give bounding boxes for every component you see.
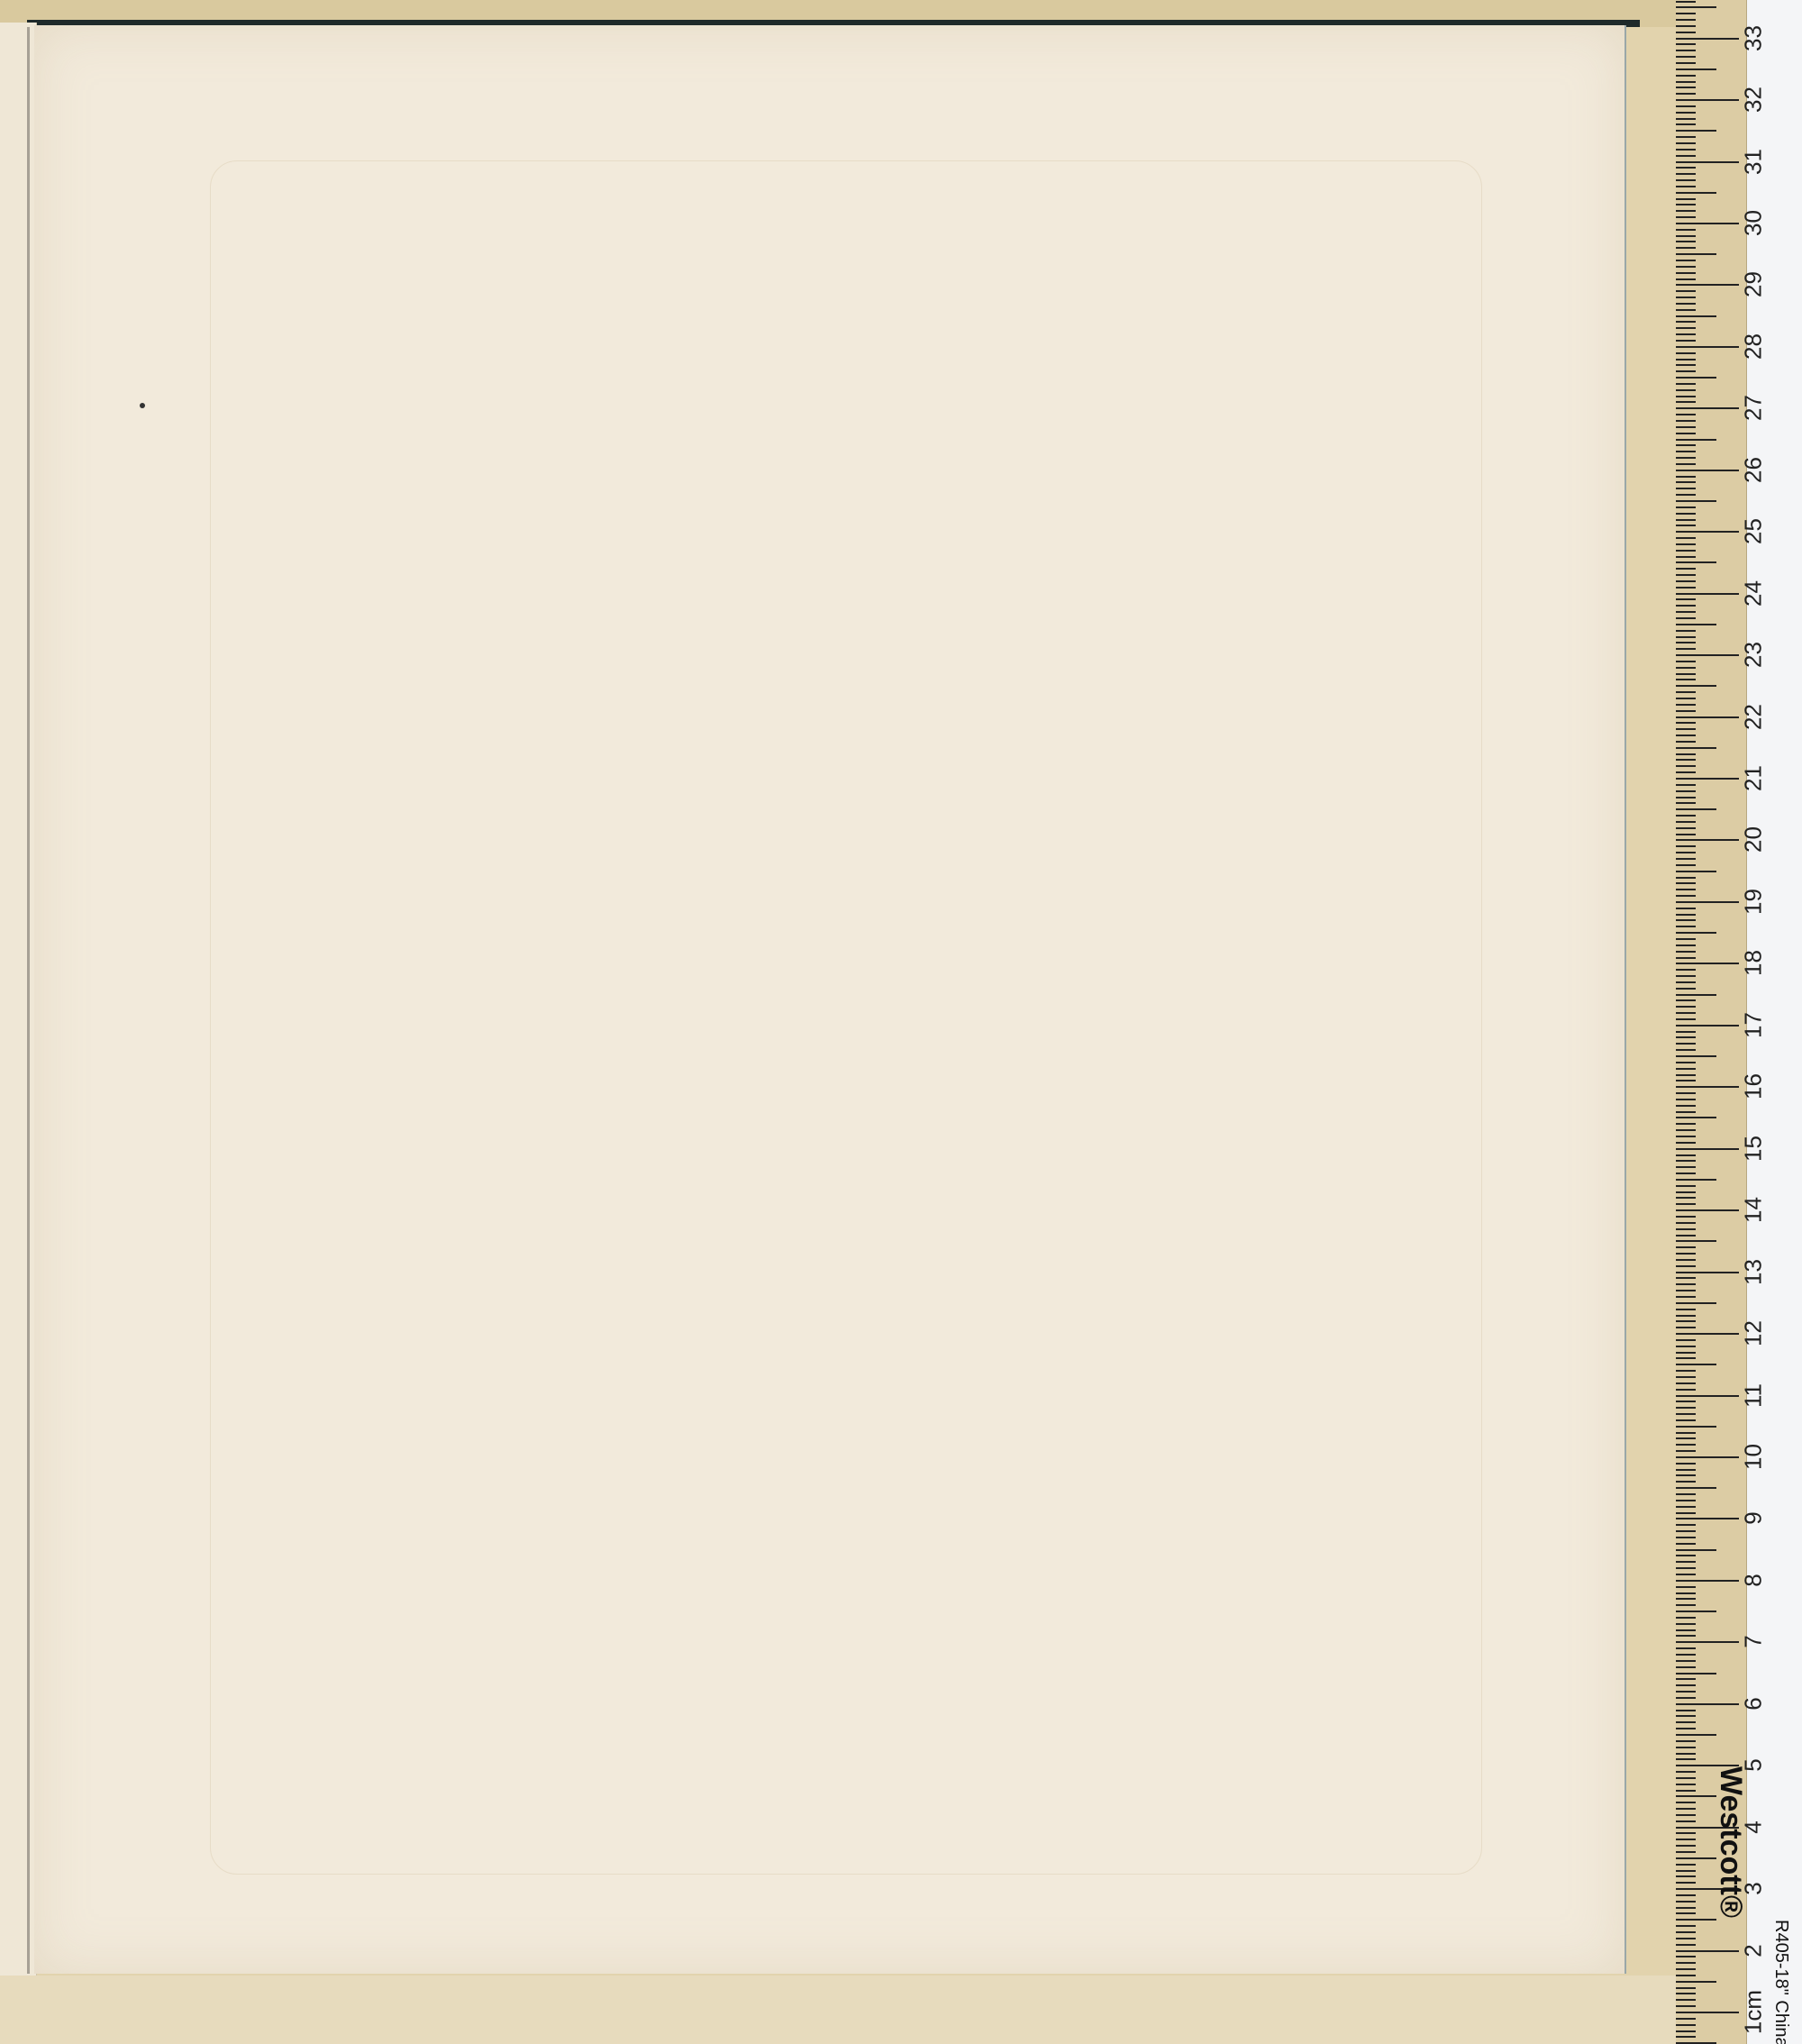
ruler-tick (1676, 556, 1696, 558)
ruler-tick (1676, 1235, 1696, 1236)
ruler-tick (1676, 463, 1696, 465)
ruler-tick (1676, 1253, 1696, 1255)
ruler-tick (1676, 1339, 1696, 1341)
ruler-tick (1676, 1283, 1696, 1285)
ruler-tick (1676, 1179, 1716, 1181)
ruler-tick (1676, 1981, 1716, 1983)
ruler-tick (1676, 815, 1696, 817)
ruler-tick (1676, 1870, 1696, 1872)
ruler-tick (1676, 1968, 1696, 1970)
ruler-tick (1676, 1272, 1739, 1273)
ruler-tick (1676, 1537, 1696, 1538)
ruler-tick (1676, 346, 1739, 348)
scan-background-bottom (0, 1976, 1676, 2044)
ruler-tick (1676, 173, 1696, 175)
ruler-brand: Westcott® (1713, 1766, 1748, 1918)
ruler-tick (1676, 981, 1696, 983)
ruler-tick (1676, 1574, 1696, 1575)
ruler-tick (1676, 68, 1716, 70)
ruler-tick (1676, 414, 1696, 415)
ruler-tick (1676, 1209, 1739, 1211)
ruler-tick (1676, 673, 1696, 675)
ruler: 1cm2345678910111213141516171819202122232… (1676, 0, 1802, 2044)
ruler-tick (1676, 550, 1696, 552)
ruler-tick (1676, 186, 1696, 187)
ruler-tick (1676, 1777, 1696, 1779)
ruler-tick (1676, 587, 1696, 589)
ruler-tick (1676, 1413, 1696, 1415)
ruler-tick (1676, 1993, 1696, 1994)
ruler-tick (1676, 260, 1696, 261)
ruler-label: 13 (1740, 1245, 1768, 1299)
ruler-tick (1676, 25, 1696, 27)
ruler-tick (1676, 1851, 1696, 1853)
ruler-tick (1676, 561, 1716, 563)
ruler-tick (1676, 1025, 1739, 1027)
ruler-tick (1676, 845, 1696, 847)
ruler-tick (1676, 1931, 1696, 1933)
ruler-tick (1676, 513, 1696, 515)
ruler-tick (1676, 93, 1696, 95)
ruler-label: 9 (1740, 1492, 1768, 1546)
ruler-tick (1676, 38, 1739, 40)
ruler-tick (1676, 568, 1696, 570)
ruler-tick (1676, 315, 1716, 317)
ruler-tick (1676, 1530, 1696, 1532)
ruler-tick (1676, 229, 1696, 231)
ruler-tick (1676, 1086, 1739, 1088)
ruler-tick (1676, 494, 1696, 496)
ruler-tick (1676, 81, 1696, 83)
ruler-tick (1676, 1463, 1696, 1465)
ruler-tick (1676, 1641, 1739, 1643)
ruler-label: 8 (1740, 1553, 1768, 1607)
ruler-tick (1676, 654, 1739, 656)
ruler-tick (1676, 1580, 1739, 1582)
ruler-tick (1676, 1, 1696, 3)
ruler-tick (1676, 359, 1696, 360)
ruler-tick (1676, 914, 1696, 916)
ruler-tick (1676, 112, 1696, 114)
ruler-tick (1676, 1703, 1739, 1705)
ruler-scale (1676, 0, 1747, 2044)
ruler-tick (1676, 919, 1696, 921)
ruler-label: 16 (1740, 1060, 1768, 1114)
ruler-tick (1676, 1795, 1716, 1797)
ruler-tick (1676, 1389, 1696, 1391)
ruler-tick (1676, 297, 1696, 298)
ruler-tick (1676, 470, 1739, 471)
ruler-tick (1676, 1031, 1696, 1033)
ruler-tick (1676, 426, 1696, 428)
ruler-tick (1676, 43, 1696, 45)
ruler-tick (1676, 198, 1696, 200)
ruler-tick (1676, 1654, 1696, 1656)
ruler-tick (1676, 500, 1716, 502)
ruler-tick (1676, 506, 1696, 508)
ruler-tick (1676, 444, 1696, 446)
ruler-tick (1676, 790, 1696, 792)
ruler-tick (1676, 1925, 1696, 1927)
ruler-tick (1676, 1912, 1696, 1914)
ruler-tick (1676, 1474, 1696, 1476)
ruler-tick (1676, 321, 1696, 323)
ruler-tick (1676, 1790, 1696, 1792)
ruler-tick (1676, 1623, 1696, 1625)
ruler-tick (1676, 352, 1696, 354)
ruler-tick (1676, 531, 1739, 533)
ruler-tick (1676, 1715, 1696, 1717)
ruler-tick (1676, 704, 1696, 706)
ruler-tick (1676, 1549, 1716, 1551)
ruler-tick (1676, 926, 1696, 927)
ruler-tick (1676, 50, 1696, 51)
ruler-tick (1676, 142, 1696, 144)
ruler-tick (1676, 327, 1696, 329)
offset-ghost-plate (210, 160, 1482, 1875)
ruler-tick (1676, 598, 1696, 600)
ruler-tick (1676, 167, 1696, 169)
ruler-label: 19 (1740, 874, 1768, 928)
ruler-tick (1676, 1036, 1696, 1038)
ruler-tick (1676, 1185, 1696, 1187)
ruler-tick (1676, 149, 1696, 151)
ruler-tick (1676, 691, 1696, 693)
ruler-tick (1676, 1432, 1696, 1434)
ruler-tick (1676, 808, 1716, 810)
ruler-tick (1676, 333, 1696, 335)
ruler-tick (1676, 1987, 1696, 1989)
ruler-tick (1676, 1617, 1696, 1619)
ruler-tick (1676, 1647, 1696, 1649)
ruler-tick (1676, 1740, 1696, 1742)
ruler-tick (1676, 1129, 1696, 1131)
ruler-tick (1676, 179, 1696, 181)
ruler-tick (1676, 864, 1696, 866)
ruler-tick (1676, 340, 1696, 342)
ruler-tick (1676, 1395, 1739, 1397)
ruler-tick (1676, 537, 1696, 539)
ruler-tick (1676, 1055, 1716, 1057)
ruler-tick (1676, 679, 1696, 680)
ruler-tick (1676, 1635, 1696, 1637)
ruler-tick (1676, 574, 1696, 576)
ruler-tick (1676, 1049, 1696, 1051)
ruler-tick (1676, 617, 1696, 619)
ruler-tick (1676, 1710, 1696, 1711)
ruler-tick (1676, 1043, 1696, 1045)
ruler-tick (1676, 1154, 1696, 1156)
ruler-tick (1676, 451, 1696, 452)
ruler-tick (1676, 123, 1696, 125)
ruler-tick (1676, 1265, 1696, 1267)
ruler-tick (1676, 1290, 1696, 1291)
ruler-tick (1676, 1277, 1696, 1279)
ruler-tick (1676, 901, 1739, 903)
ruler-tick (1676, 1173, 1696, 1174)
ruler-tick (1676, 420, 1696, 422)
ruler-tick (1676, 710, 1696, 712)
ruler-label: 22 (1740, 689, 1768, 744)
ruler-tick (1676, 1450, 1696, 1452)
ruler-tick (1676, 1518, 1739, 1519)
ruler-label: 25 (1740, 505, 1768, 559)
ruler-tick (1676, 1407, 1696, 1409)
ruler-tick (1676, 1938, 1696, 1939)
ruler-tick (1676, 377, 1716, 379)
ruler-tick (1676, 1481, 1696, 1483)
ruler-tick (1676, 266, 1696, 268)
ruler-tick (1676, 747, 1716, 749)
ruler-tick (1676, 1808, 1696, 1810)
ruler-tick (1676, 1944, 1696, 1946)
ruler-tick (1676, 1068, 1696, 1070)
ruler-tick (1676, 389, 1696, 391)
ruler-tick (1676, 661, 1696, 662)
ruler-label: 11 (1740, 1368, 1768, 1422)
ruler-tick (1676, 1629, 1696, 1631)
ruler-tick (1676, 580, 1696, 582)
ruler-model: R405-18" China (1770, 1920, 1791, 2044)
ruler-tick (1676, 1166, 1696, 1168)
ruler-label: 33 (1740, 11, 1768, 65)
ruler-tick (1676, 636, 1696, 638)
ruler-tick (1676, 889, 1696, 890)
ruler-tick (1676, 1604, 1696, 1606)
ruler-tick (1676, 1721, 1696, 1723)
ruler-tick (1676, 1246, 1696, 1248)
ruler-label: 12 (1740, 1307, 1768, 1361)
ruler-tick (1676, 1500, 1696, 1501)
ruler-tick (1676, 827, 1696, 829)
ruler-tick (1676, 1864, 1696, 1866)
ruler-tick (1676, 1012, 1696, 1014)
ruler-tick (1676, 1216, 1696, 1218)
ruler-tick (1676, 802, 1696, 804)
ruler-tick (1676, 1376, 1696, 1378)
ruler-tick (1676, 1962, 1696, 1964)
ruler-tick (1676, 118, 1696, 120)
ruler-label: 2 (1740, 1923, 1768, 1977)
ruler-tick (1676, 938, 1696, 940)
ruler-tick (1676, 994, 1716, 996)
ruler-tick (1676, 1814, 1696, 1816)
ruler-tick (1676, 611, 1696, 613)
ruler-tick (1676, 1357, 1696, 1359)
ruler-tick (1676, 2018, 1696, 2020)
ruler-tick (1676, 32, 1696, 33)
ruler-label: 18 (1740, 936, 1768, 990)
ruler-tick (1676, 759, 1696, 761)
ruler-tick (1676, 1259, 1696, 1261)
ruler-tick (1676, 303, 1696, 305)
ruler-label: 28 (1740, 319, 1768, 373)
ruler-tick (1676, 19, 1696, 21)
ruler-tick (1676, 728, 1696, 730)
ruler-label: 29 (1740, 258, 1768, 312)
ruler-tick (1676, 1543, 1696, 1545)
ruler-tick (1676, 1561, 1696, 1563)
ruler-tick (1676, 1123, 1696, 1125)
ruler-tick (1676, 1080, 1696, 1081)
ruler-tick (1676, 1099, 1696, 1100)
ruler-tick (1676, 908, 1696, 909)
ruler-label: 1cm (1740, 1985, 1768, 2039)
ruler-tick (1676, 383, 1696, 385)
ruler-tick (1676, 698, 1696, 699)
ruler-tick (1676, 155, 1696, 157)
ruler-tick (1676, 1919, 1716, 1921)
ruler-tick (1676, 1296, 1696, 1298)
ruler-tick (1676, 1506, 1696, 1508)
ruler-tick (1676, 1999, 1696, 2001)
ruler-tick (1676, 476, 1696, 478)
ruler-tick (1676, 1512, 1696, 1514)
ruler-tick (1676, 605, 1696, 607)
ruler-tick (1676, 1493, 1696, 1495)
ruler-label: 27 (1740, 381, 1768, 435)
ruler-tick (1676, 1148, 1739, 1150)
ruler-label: 17 (1740, 998, 1768, 1052)
ruler-tick (1676, 364, 1696, 366)
ruler-tick (1676, 1894, 1696, 1896)
ruler-tick (1676, 593, 1739, 595)
ruler-tick (1676, 1444, 1696, 1446)
ruler-tick (1676, 1333, 1739, 1335)
ruler-tick (1676, 1437, 1696, 1439)
ruler-label: 7 (1740, 1615, 1768, 1669)
ruler-tick (1676, 834, 1696, 835)
ruler-tick (1676, 1228, 1696, 1230)
ruler-tick (1676, 370, 1696, 372)
specks (140, 403, 145, 408)
ruler-tick (1676, 667, 1696, 669)
ruler-tick (1676, 1426, 1716, 1428)
ruler-tick (1676, 1074, 1696, 1076)
ruler-tick (1676, 765, 1696, 767)
ruler-label: 21 (1740, 752, 1768, 806)
ruler-tick (1676, 1832, 1696, 1834)
ruler-label: 24 (1740, 566, 1768, 620)
ruler-tick (1676, 642, 1696, 643)
ruler-tick (1676, 525, 1696, 526)
ruler-tick (1676, 975, 1696, 977)
ruler-tick (1676, 1697, 1696, 1699)
ruler-tick (1676, 1820, 1696, 1822)
ruler-tick (1676, 1524, 1696, 1526)
ruler-tick (1676, 1320, 1696, 1322)
ruler-tick (1676, 1382, 1696, 1384)
ruler-label: 10 (1740, 1429, 1768, 1483)
ruler-tick (1676, 944, 1696, 946)
ruler-tick (1676, 1111, 1696, 1113)
ruler-tick (1676, 13, 1696, 14)
blank-page (34, 25, 1626, 1974)
ruler-tick (1676, 932, 1716, 934)
ruler-label: 30 (1740, 196, 1768, 250)
ruler-tick (1676, 1758, 1696, 1760)
ruler-label: 14 (1740, 1183, 1768, 1237)
ruler-tick (1676, 839, 1739, 841)
ruler-tick (1676, 278, 1696, 280)
ruler-tick (1676, 1882, 1696, 1884)
ruler-tick (1676, 999, 1696, 1001)
ruler-tick (1676, 105, 1696, 107)
ruler-tick (1676, 1950, 1739, 1952)
ruler-tick (1676, 1469, 1696, 1471)
ruler-tick (1676, 1678, 1696, 1680)
ruler-tick (1676, 648, 1696, 650)
ruler-tick (1676, 988, 1696, 990)
ruler-label: 6 (1740, 1676, 1768, 1730)
ruler-tick (1676, 895, 1696, 897)
ruler-tick (1676, 1136, 1696, 1137)
ruler-tick (1676, 1660, 1696, 1662)
ruler-label: 31 (1740, 134, 1768, 188)
ruler-tick (1676, 1352, 1696, 1354)
ruler-tick (1676, 1117, 1716, 1118)
ruler-label: 32 (1740, 73, 1768, 127)
ruler-tick (1676, 1611, 1716, 1612)
ruler-tick (1676, 481, 1696, 483)
ruler-tick (1676, 784, 1696, 786)
ruler-tick (1676, 1586, 1696, 1588)
ruler-tick (1676, 1771, 1696, 1773)
ruler-tick (1676, 969, 1696, 971)
ruler-tick (1676, 290, 1696, 292)
ruler-tick (1676, 2005, 1696, 2007)
ruler-tick (1676, 1975, 1696, 1976)
ruler-tick (1676, 99, 1739, 101)
ruler-tick (1676, 1956, 1696, 1957)
binding-stitch-line (27, 27, 30, 1974)
facing-page-edge (0, 23, 37, 1978)
ruler-tick (1676, 1592, 1696, 1594)
ruler-tick (1676, 1728, 1696, 1729)
ruler-tick (1676, 161, 1739, 163)
ruler-tick (1676, 75, 1696, 77)
ruler-tick (1676, 247, 1696, 249)
ruler-tick (1676, 284, 1739, 286)
ruler-tick (1676, 630, 1696, 632)
ruler-tick (1676, 272, 1696, 274)
ruler-tick (1676, 1309, 1696, 1310)
ruler-tick (1676, 1907, 1696, 1909)
ruler-tick (1676, 1105, 1696, 1107)
ruler-tick (1676, 2030, 1696, 2032)
ruler-tick (1676, 1197, 1696, 1199)
ruler-tick (1676, 741, 1696, 743)
ruler-tick (1676, 1857, 1716, 1859)
ruler-tick (1676, 1370, 1696, 1372)
ruler-tick (1676, 1191, 1696, 1193)
ruler-tick (1676, 433, 1696, 434)
ruler-tick (1676, 488, 1696, 489)
ruler-tick (1676, 685, 1716, 687)
ruler-tick (1676, 1753, 1696, 1755)
ruler-tick (1676, 401, 1696, 403)
ruler-label: 23 (1740, 628, 1768, 682)
ruler-tick (1676, 1364, 1716, 1365)
ruler-tick (1676, 241, 1696, 242)
ruler-tick (1676, 1567, 1696, 1569)
ruler-tick (1676, 204, 1696, 205)
ruler-tick (1676, 2012, 1739, 2013)
ruler-tick (1676, 1598, 1696, 1600)
ruler-tick (1676, 216, 1696, 218)
ruler-tick (1676, 1901, 1696, 1903)
ruler-tick (1676, 778, 1739, 780)
